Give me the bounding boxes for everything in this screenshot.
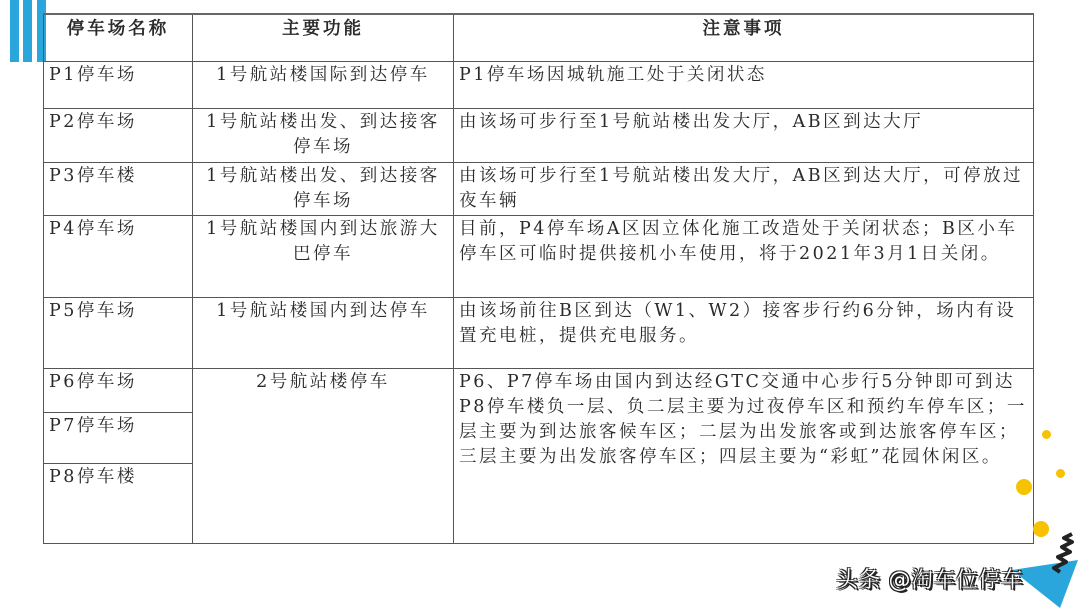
lot-name: P5停车场 <box>44 298 193 369</box>
lot-name: P8停车楼 <box>44 464 193 544</box>
lot-note: P1停车场因城轨施工处于关闭状态 <box>454 62 1034 109</box>
note-p6-p7: P6、P7停车场由国内到达经GTC交通中心步行5分钟即可到达 <box>459 370 1028 395</box>
lot-name: P6停车场 <box>44 369 193 413</box>
lot-function: 1号航站楼出发、到达接客停车场 <box>193 109 454 163</box>
header-notes: 注意事项 <box>454 14 1034 62</box>
lot-name: P2停车场 <box>44 109 193 163</box>
lot-function: 1号航站楼国内到达停车 <box>193 298 454 369</box>
lot-note: 由该场可步行至1号航站楼出发大厅，AB区到达大厅 <box>454 109 1034 163</box>
decor-stripe <box>23 0 32 62</box>
lot-note: 由该场前往B区到达（W1、W2）接客步行约6分钟，场内有设置充电桩，提供充电服务… <box>454 298 1034 369</box>
header-function: 主要功能 <box>193 14 454 62</box>
lot-name: P4停车场 <box>44 216 193 298</box>
decor-dot <box>1042 430 1051 439</box>
table-row: P6停车场 2号航站楼停车 P6、P7停车场由国内到达经GTC交通中心步行5分钟… <box>44 369 1034 413</box>
table-header-row: 停车场名称 主要功能 注意事项 <box>44 14 1034 62</box>
lot-name: P3停车楼 <box>44 163 193 216</box>
decor-stripe <box>10 0 19 62</box>
lot-name: P1停车场 <box>44 62 193 109</box>
lot-note: P6、P7停车场由国内到达经GTC交通中心步行5分钟即可到达 P8停车楼负一层、… <box>454 369 1034 544</box>
lot-note: 目前，P4停车场A区因立体化施工改造处于关闭状态；B区小车停车区可临时提供接机小… <box>454 216 1034 298</box>
table-row: P5停车场 1号航站楼国内到达停车 由该场前往B区到达（W1、W2）接客步行约6… <box>44 298 1034 369</box>
note-p8: P8停车楼负一层、负二层主要为过夜停车区和预约车停车区；一层主要为到达旅客候车区… <box>459 395 1028 470</box>
lot-function: 2号航站楼停车 <box>193 369 454 544</box>
header-name: 停车场名称 <box>44 14 193 62</box>
decor-zigzag-icon <box>1044 532 1078 576</box>
table-row: P4停车场 1号航站楼国内到达旅游大巴停车 目前，P4停车场A区因立体化施工改造… <box>44 216 1034 298</box>
decor-dot <box>1016 479 1032 495</box>
table-row: P3停车楼 1号航站楼出发、到达接客停车场 由该场可步行至1号航站楼出发大厅，A… <box>44 163 1034 216</box>
lot-note: 由该场可步行至1号航站楼出发大厅，AB区到达大厅，可停放过夜车辆 <box>454 163 1034 216</box>
lot-function: 1号航站楼国内到达旅游大巴停车 <box>193 216 454 298</box>
decor-dot <box>1056 469 1065 478</box>
lot-function: 1号航站楼国际到达停车 <box>193 62 454 109</box>
parking-table: 停车场名称 主要功能 注意事项 P1停车场 1号航站楼国际到达停车 P1停车场因… <box>43 13 1034 544</box>
table-row: P1停车场 1号航站楼国际到达停车 P1停车场因城轨施工处于关闭状态 <box>44 62 1034 109</box>
lot-name: P7停车场 <box>44 413 193 464</box>
table-row: P2停车场 1号航站楼出发、到达接客停车场 由该场可步行至1号航站楼出发大厅，A… <box>44 109 1034 163</box>
lot-function: 1号航站楼出发、到达接客停车场 <box>193 163 454 216</box>
watermark: 头条 @淘车位停车 <box>836 563 1024 594</box>
